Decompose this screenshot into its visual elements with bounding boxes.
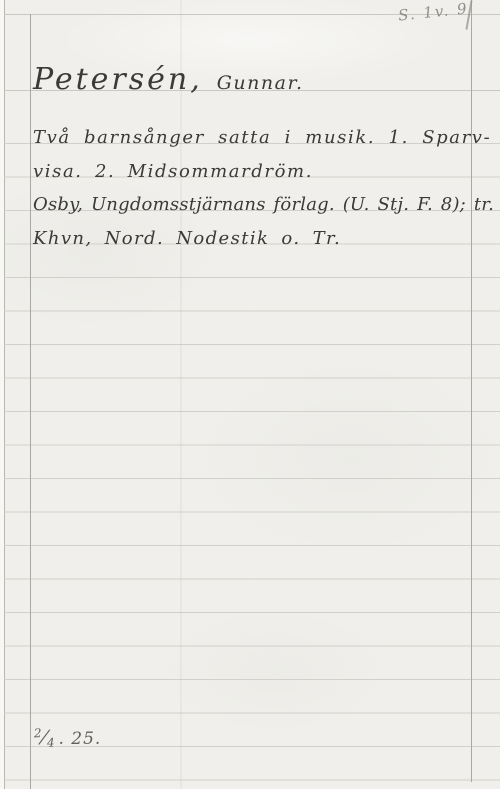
shelfmark-annotation: S. 1v. 9: [397, 0, 469, 25]
surname: Petersén,: [33, 62, 203, 97]
date-fraction: 2⁄4: [34, 726, 56, 751]
catalog-card-scan: S. 1v. 9 Petersén,Gunnar. Två barnsånger…: [0, 0, 500, 789]
given-name: Gunnar.: [217, 72, 304, 94]
date-annotation: 2⁄4. 25.: [34, 726, 101, 750]
paper-crease: [180, 0, 182, 789]
entry-line-1: Två barnsånger satta i musik. 1. Sparv-: [33, 121, 494, 155]
date-year: . 25.: [58, 729, 101, 749]
date-month: 4: [47, 736, 56, 750]
entry-line-4: Khvn, Nord. Nodestik o. Tr.: [33, 222, 494, 256]
right-margin-line: [471, 0, 472, 782]
entry-line-2: visa. 2. Midsommardröm.: [33, 155, 494, 189]
entry-line-3: Osby, Ungdomsstjärnans förlag. (U. Stj. …: [33, 188, 494, 222]
entry-body: Två barnsånger satta i musik. 1. Sparv- …: [33, 121, 494, 255]
left-margin-line: [30, 14, 31, 789]
entry-heading: Petersén,Gunnar.: [33, 62, 304, 97]
